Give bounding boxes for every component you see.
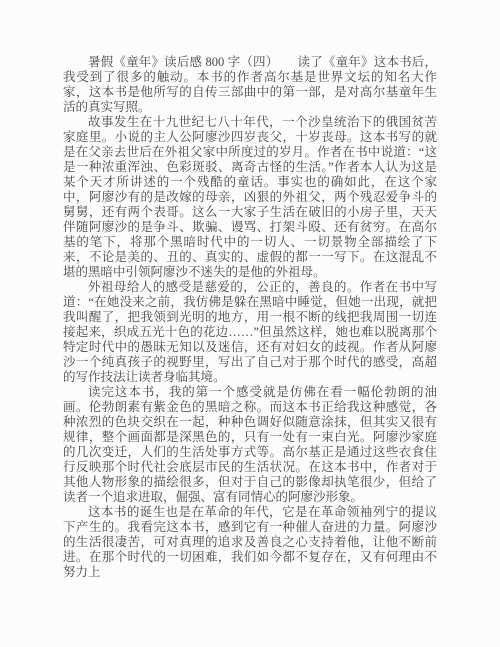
paragraph-story-background: 故事发生在十九世纪七八十年代，一个沙皇统治下的俄国贫苦家庭里。小说的主人公阿廖沙… bbox=[63, 115, 437, 280]
document-page: 暑假《童年》读后感 800 字（四） 读了《童年》这本书后，我受到了很多的触动。… bbox=[0, 0, 500, 647]
paragraph-conclusion: 这本书的诞生也是在革命的年代，它是在革命领袖列宁的提议下产生的。我看完这本书，感… bbox=[63, 505, 437, 580]
opening-paragraph: 暑假《童年》读后感 800 字（四） 读了《童年》这本书后，我受到了很多的触动。… bbox=[63, 55, 437, 115]
title-gap bbox=[272, 55, 297, 69]
essay-title: 暑假《童年》读后感 800 字（四） bbox=[88, 55, 272, 69]
paragraph-grandmother: 外祖母给人的感受是慈爱的，公正的，善良的。作者在书中写道：“在她没来之前，我仿佛… bbox=[63, 280, 437, 385]
essay-body: 暑假《童年》读后感 800 字（四） 读了《童年》这本书后，我受到了很多的触动。… bbox=[63, 55, 437, 580]
paragraph-rembrandt-impression: 读完这本书，我的第一个感受就是仿佛在看一幅伦勃朗的油画。伦勃朗素有紫金色的黑暗之… bbox=[63, 385, 437, 505]
